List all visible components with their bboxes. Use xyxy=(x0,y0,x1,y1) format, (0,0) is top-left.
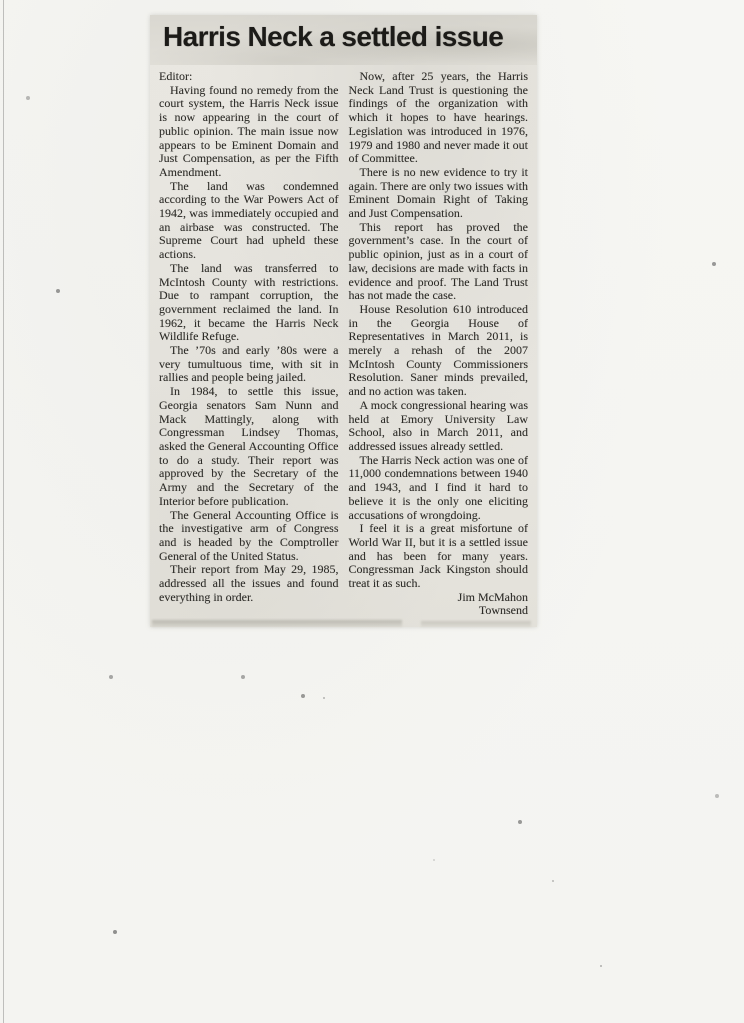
signature-location: Townsend xyxy=(349,604,529,618)
bottom-smudge xyxy=(152,620,402,627)
paragraph: In 1984, to settle this issue, Georgia s… xyxy=(159,385,339,508)
paragraph: There is no new evidence to try it again… xyxy=(349,166,529,221)
signature-name: Jim McMahon xyxy=(349,591,529,605)
paragraph: The land was transferred to McIntosh Cou… xyxy=(159,262,339,344)
salutation: Editor: xyxy=(159,70,339,84)
scanned-page: Harris Neck a settled issue Editor: Havi… xyxy=(0,0,744,1023)
headline-band: Harris Neck a settled issue xyxy=(150,15,537,65)
paragraph: Their report from May 29, 1985, addresse… xyxy=(159,563,339,604)
paragraph: The land was condemned according to the … xyxy=(159,180,339,262)
paragraph: House Resolution 610 introduced in the G… xyxy=(349,303,529,399)
paragraph: The ’70s and early ’80s were a very tumu… xyxy=(159,344,339,385)
paragraph: Having found no remedy from the court sy… xyxy=(159,84,339,180)
right-column: Now, after 25 years, the Harris Neck Lan… xyxy=(349,70,529,618)
scan-specks xyxy=(0,0,2,2)
paragraph: A mock congressional hearing was held at… xyxy=(349,399,529,454)
paragraph: The General Accounting Office is the inv… xyxy=(159,509,339,564)
paragraph: Now, after 25 years, the Harris Neck Lan… xyxy=(349,70,529,166)
article-headline: Harris Neck a settled issue xyxy=(163,21,537,53)
paragraph: I feel it is a great misfortune of World… xyxy=(349,522,529,591)
bottom-smudge-right xyxy=(421,621,531,627)
scanner-edge-line xyxy=(3,0,4,1023)
paragraph: The Harris Neck action was one of 11,000… xyxy=(349,454,529,523)
article-body: Editor: Having found no remedy from the … xyxy=(150,65,537,618)
paragraph: This report has proved the government’s … xyxy=(349,221,529,303)
newspaper-clipping: Harris Neck a settled issue Editor: Havi… xyxy=(150,15,537,627)
left-column: Editor: Having found no remedy from the … xyxy=(159,70,339,618)
